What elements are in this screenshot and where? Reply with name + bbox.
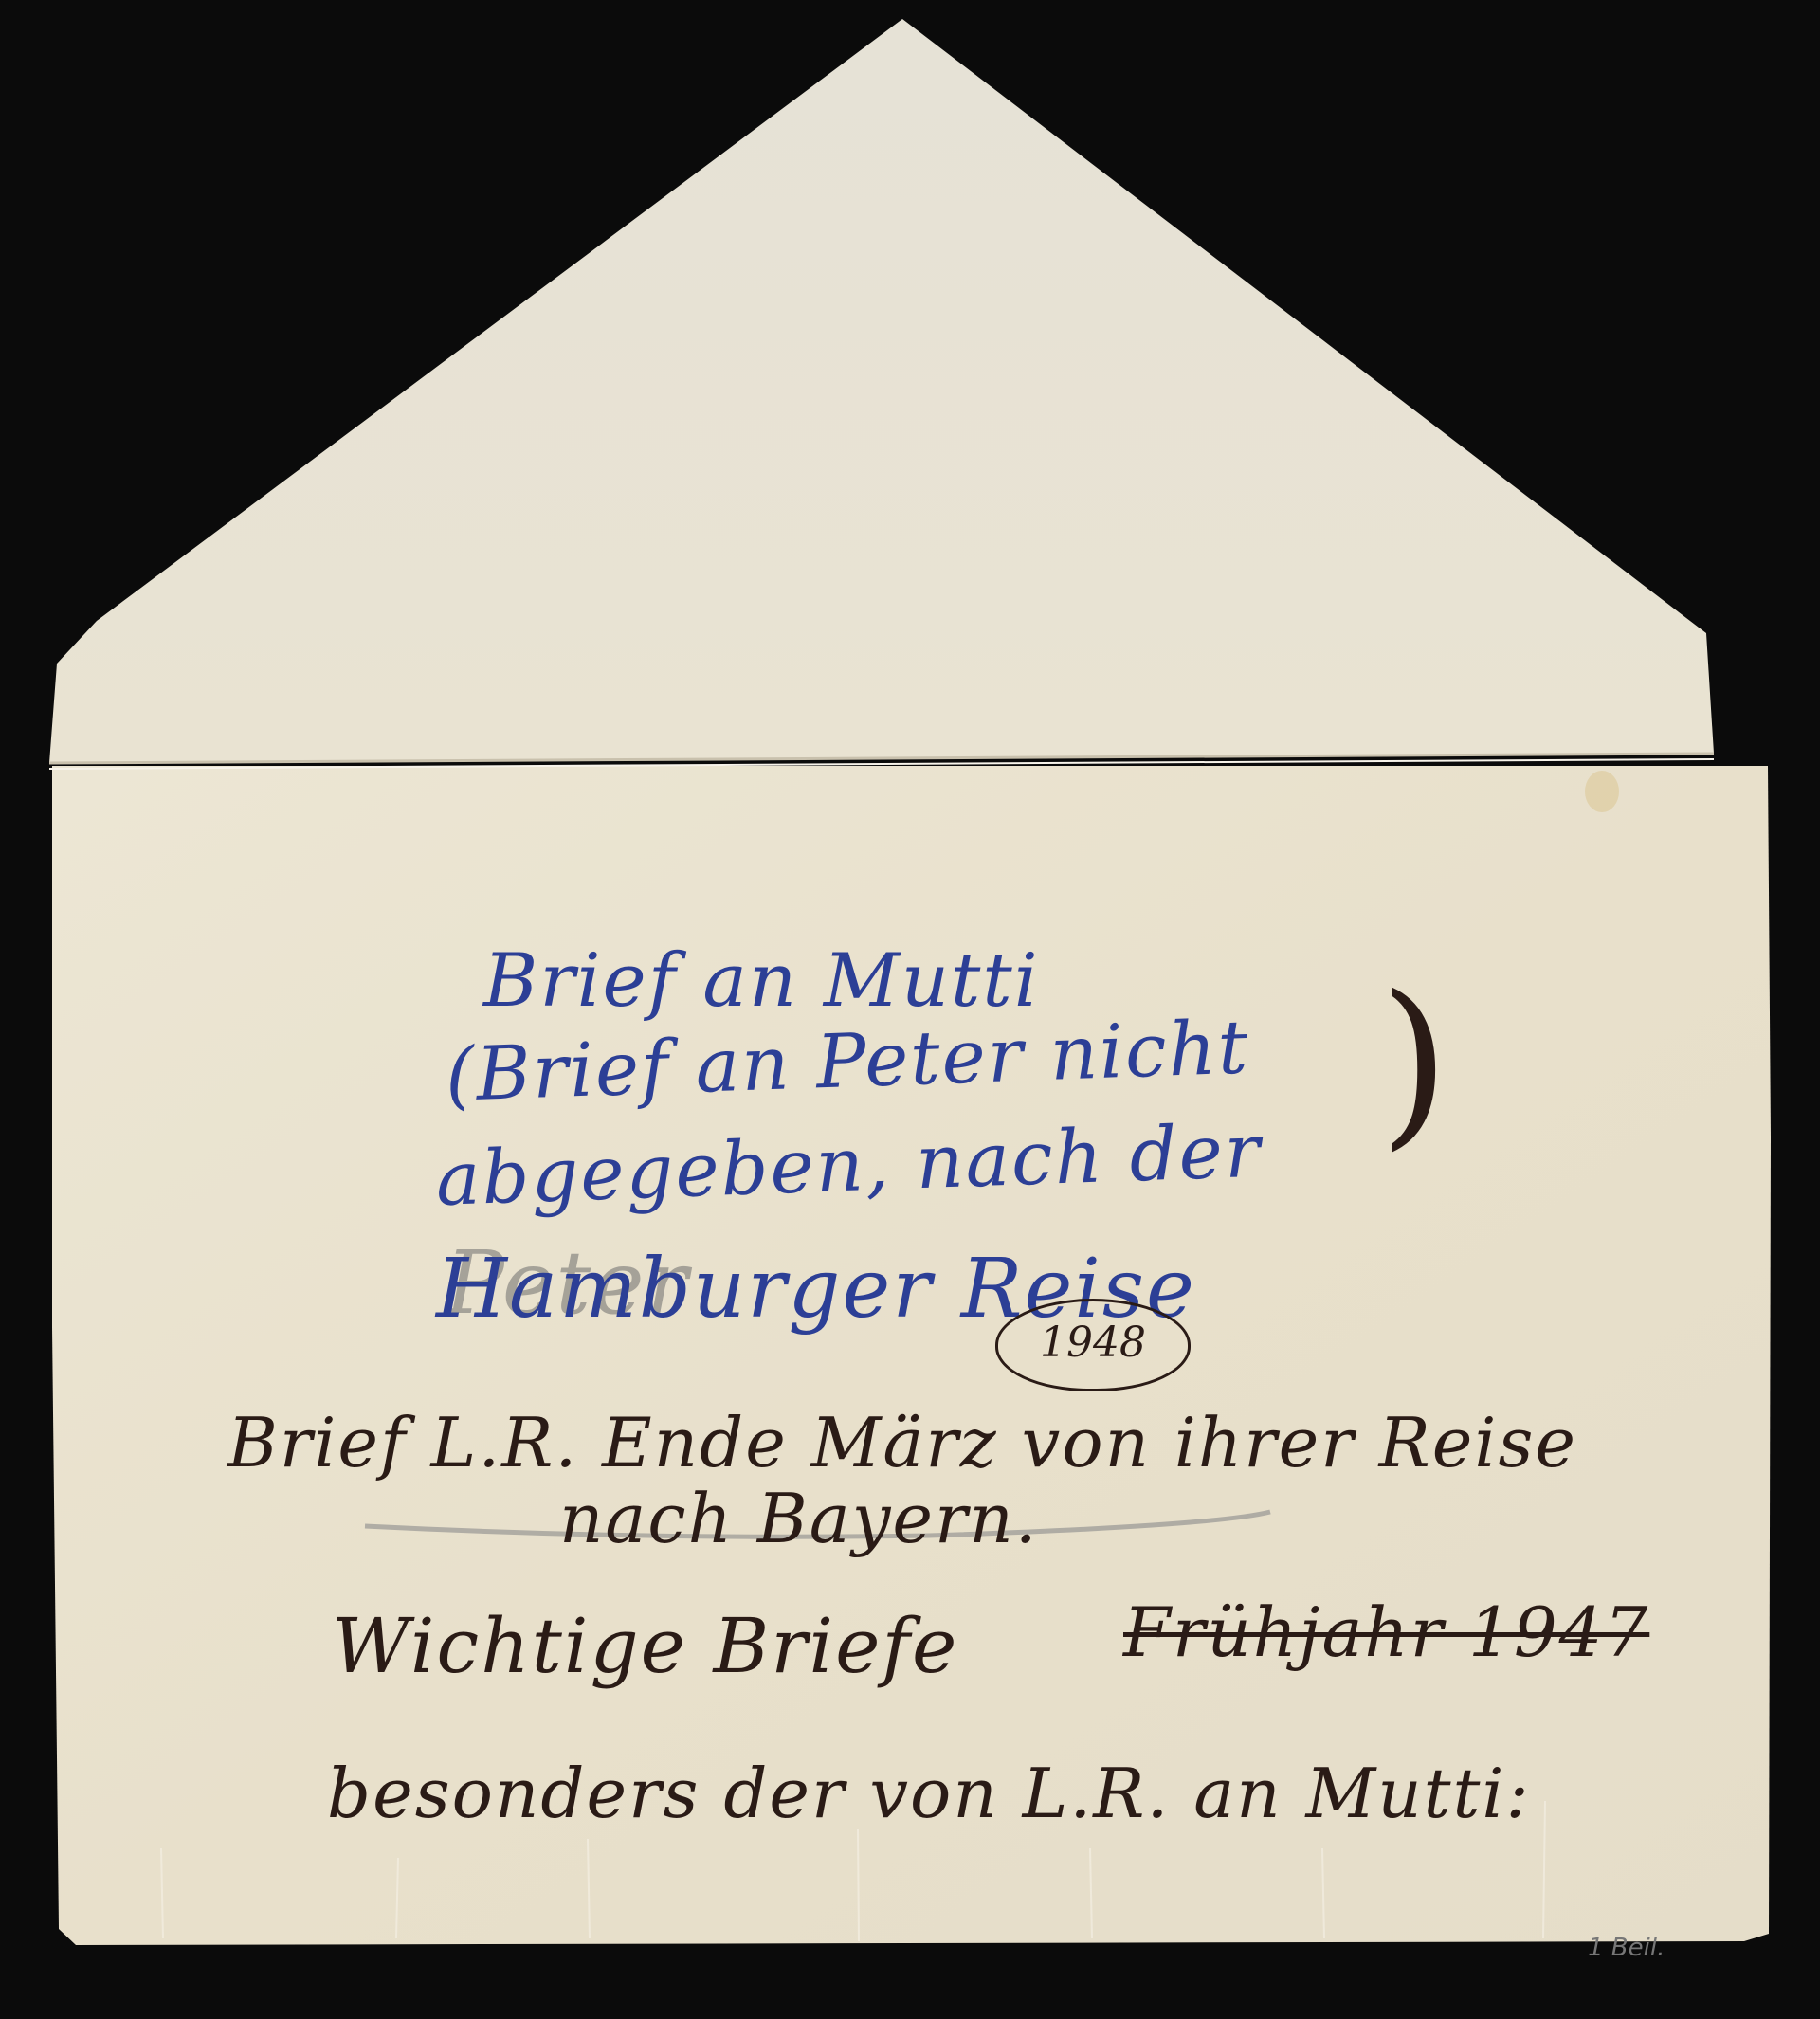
annotation-wichtige-briefe: Wichtige Briefe: [332, 1602, 958, 1690]
annotation-besonders: besonders der von L.R. an Mutti:: [327, 1754, 1531, 1833]
closing-parenthesis: ): [1379, 957, 1449, 1167]
annotation-brief-lr-ende-maerz: Brief L.R. Ende März von ihrer Reise: [227, 1403, 1577, 1482]
envelope-flap: [49, 19, 1714, 763]
annotation-1-beil: 1 Beil.: [1588, 1934, 1665, 1962]
scanned-envelope: Brief an Mutti (Brief an Peter nicht abg…: [0, 0, 1820, 2019]
annotation-brief-an-mutti: Brief an Mutti: [483, 938, 1040, 1024]
annotation-nach-bayern: nach Bayern.: [559, 1479, 1039, 1558]
year-bubble: 1948: [995, 1299, 1191, 1391]
annotation-struck-fruehjahr-1947: Frühjahr 1947: [1123, 1592, 1649, 1672]
